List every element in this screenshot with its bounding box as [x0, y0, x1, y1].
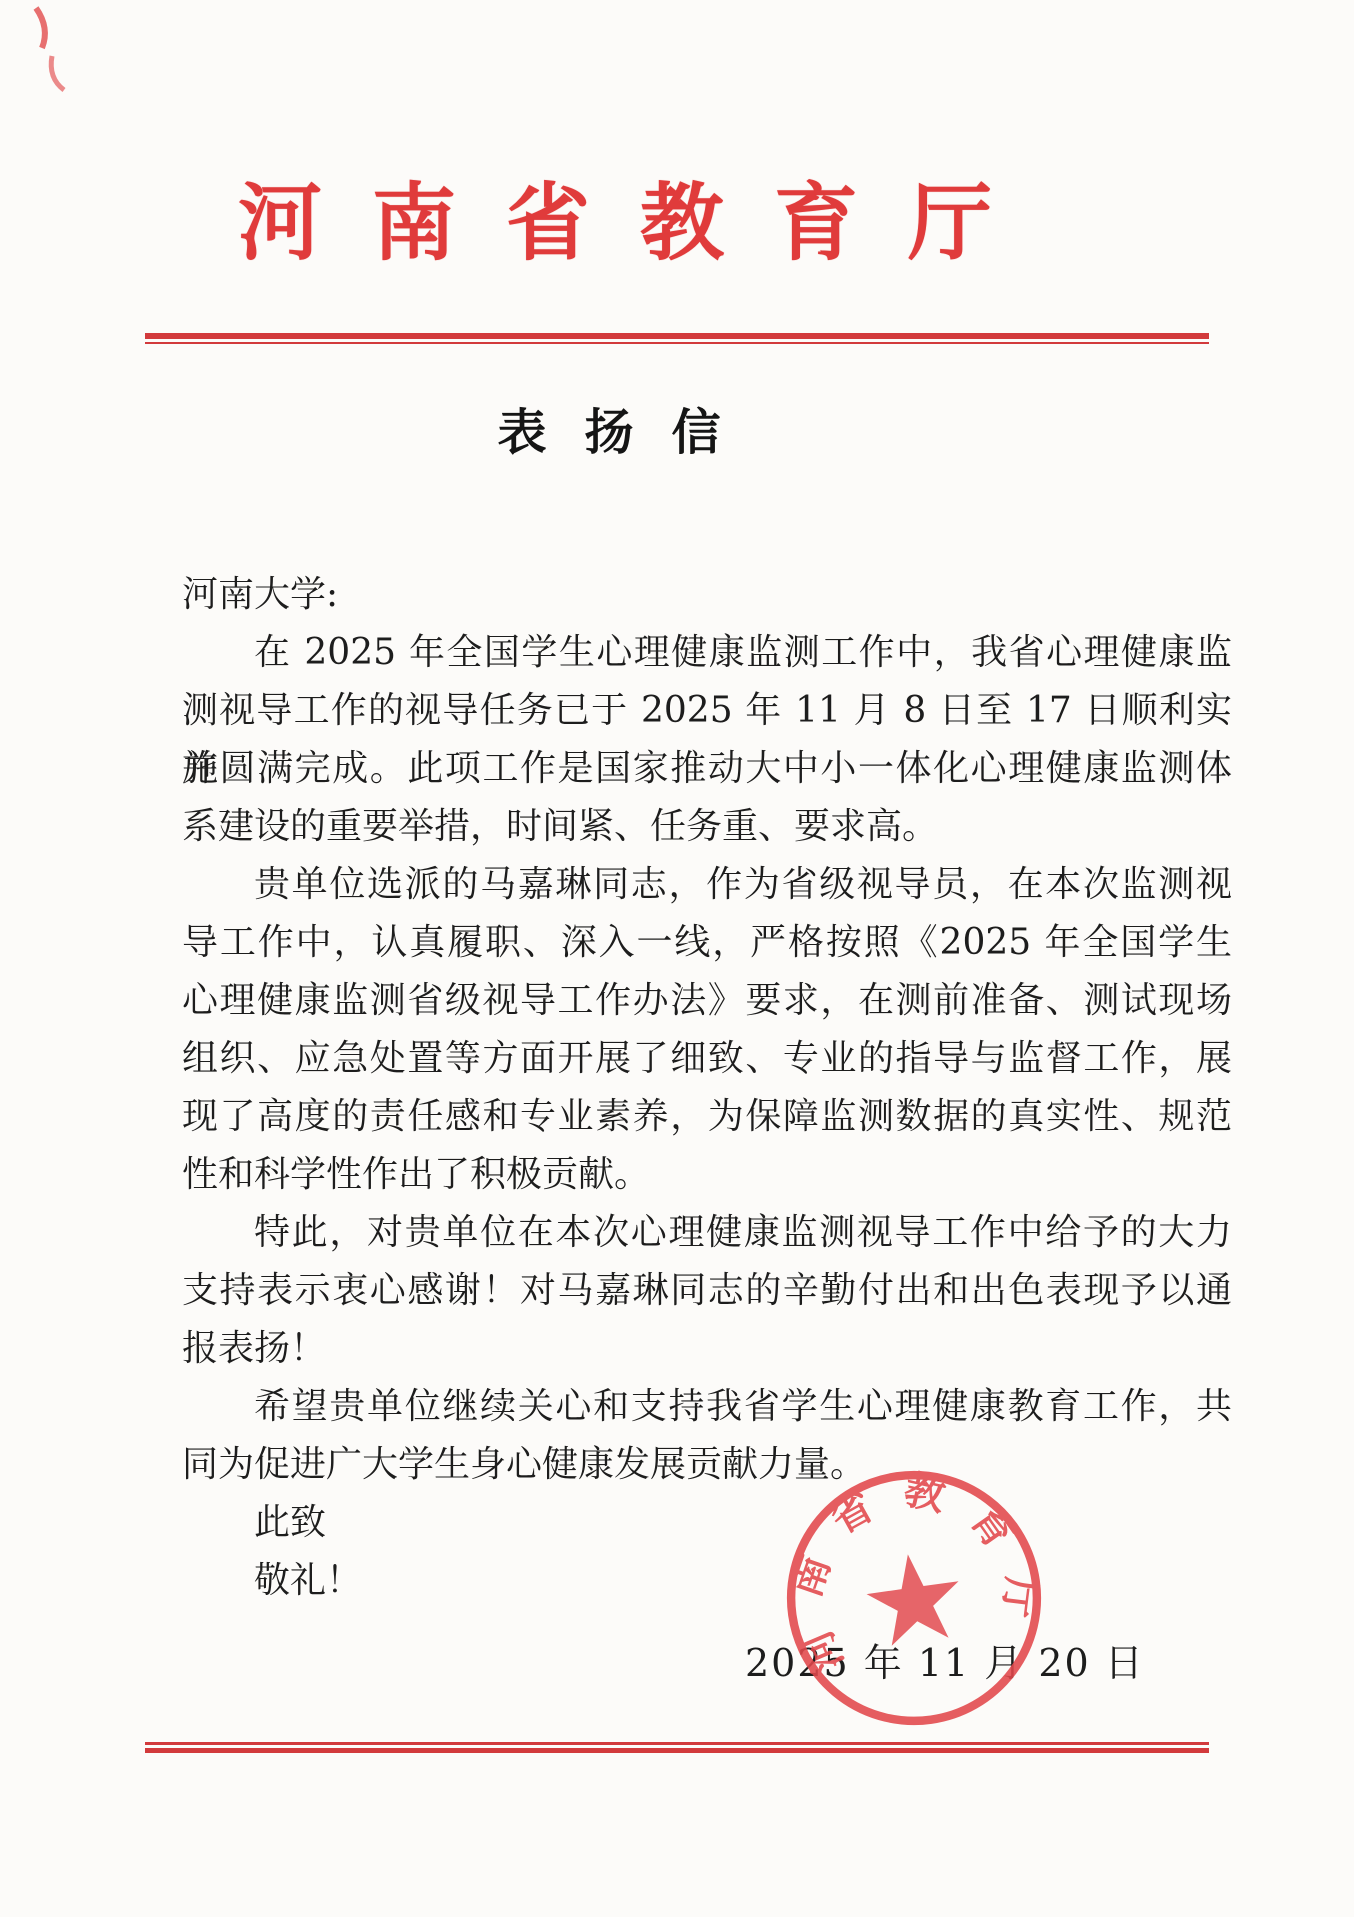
body-line: 心理健康监测省级视导工作办法》要求，在测前准备、测试现场 [182, 972, 1232, 1030]
body-line: 支持表示衷心感谢！对马嘉琳同志的辛勤付出和出色表现予以通 [182, 1262, 1232, 1320]
body-line: 贵单位选派的马嘉琳同志，作为省级视导员，在本次监测视 [182, 856, 1232, 914]
closing-cizhi: 此致 [182, 1494, 1232, 1552]
body-line: 报表扬！ [182, 1320, 1232, 1378]
official-seal: 河南省教育厅 [760, 1444, 1067, 1751]
body-line: 组织、应急处置等方面开展了细致、专业的指导与监督工作，展 [182, 1030, 1232, 1088]
body-line: 系建设的重要举措，时间紧、任务重、要求高。 [182, 798, 1232, 856]
body-line: 在 2025 年全国学生心理健康监测工作中，我省心理健康监 [182, 624, 1232, 682]
closing-jingli: 敬礼！ [182, 1552, 1232, 1610]
body-line: 导工作中，认真履职、深入一线，严格按照《2025 年全国学生 [182, 914, 1232, 972]
letterhead-org-name: 河南省教育厅 [0, 156, 1230, 277]
letter-page: 河南省教育厅 表扬信 河南大学: 在 2025 年全国学生心理健康监测工作中，我… [0, 0, 1354, 1917]
body-line: 测视导工作的视导任务已于 2025 年 11 月 8 日至 17 日顺利实施 [182, 682, 1232, 740]
body-line: 希望贵单位继续关心和支持我省学生心理健康教育工作，共 [182, 1378, 1232, 1436]
body-line: 并圆满完成。此项工作是国家推动大中小一体化心理健康监测体 [182, 740, 1232, 798]
salutation: 河南大学: [182, 566, 1232, 624]
divider-thin-line [145, 342, 1209, 345]
seal-star-icon [862, 1548, 966, 1648]
letter-body: 河南大学: 在 2025 年全国学生心理健康监测工作中，我省心理健康监 测视导工… [182, 566, 1232, 1610]
body-line: 同为促进广大学生身心健康发展贡献力量。 [182, 1436, 1232, 1494]
body-line: 现了高度的责任感和专业素养，为保障监测数据的真实性、规范 [182, 1088, 1232, 1146]
footer-divider [145, 1742, 1209, 1753]
divider-thick-line [145, 1748, 1209, 1754]
letterhead-divider [145, 333, 1209, 344]
scan-artifact-marks [14, 4, 104, 114]
body-line: 性和科学性作出了积极贡献。 [182, 1146, 1232, 1204]
letter-title: 表扬信 [0, 394, 1218, 464]
body-line: 特此，对贵单位在本次心理健康监测视导工作中给予的大力 [182, 1204, 1232, 1262]
